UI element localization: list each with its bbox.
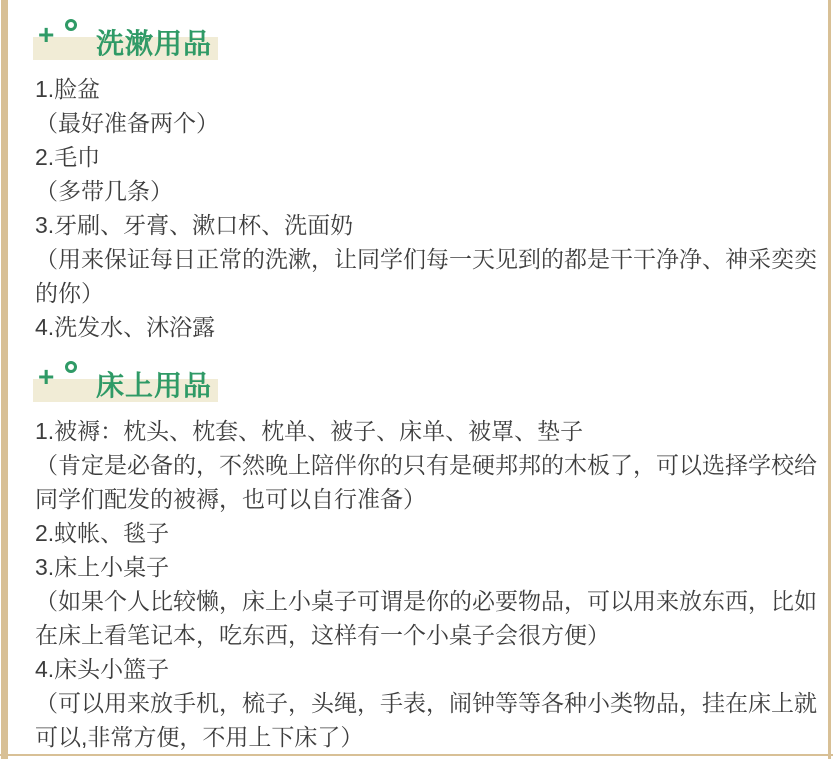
list-item: 4.床头小篮子 xyxy=(35,652,824,686)
list-item: （如果个人比较懒，床上小桌子可谓是你的必要物品，可以用来放东西，比如在床上看笔记… xyxy=(35,584,824,652)
item-list: 1.脸盆（最好准备两个）2.毛巾（多带几条）3.牙刷、牙膏、漱口杯、洗面奶（用来… xyxy=(35,72,824,344)
plus-decoration-icon: + xyxy=(38,362,54,392)
item-list: 1.被褥：枕头、枕套、枕单、被子、床单、被罩、垫子（肯定是必备的，不然晚上陪伴你… xyxy=(35,414,824,754)
section-title: 洗漱用品 xyxy=(96,22,212,62)
list-item: 1.脸盆 xyxy=(35,72,824,106)
list-item: （多带几条） xyxy=(35,174,824,208)
list-item: 4.洗发水、沐浴露 xyxy=(35,310,824,344)
section-header: + 洗漱用品 xyxy=(33,16,833,62)
list-item: （肯定是必备的，不然晚上陪伴你的只有是硬邦邦的木板了，可以选择学校给同学们配发的… xyxy=(35,448,824,516)
list-item: 2.蚊帐、毯子 xyxy=(35,516,824,550)
list-item: （可以用来放手机，梳子，头绳，手表，闹钟等等各种小类物品，挂在床上就可以,非常方… xyxy=(35,686,824,754)
section-header: + 床上用品 xyxy=(33,358,833,404)
list-item: 3.床上小桌子 xyxy=(35,550,824,584)
list-item: 1.被褥：枕头、枕套、枕单、被子、床单、被罩、垫子 xyxy=(35,414,824,448)
content-area: + 洗漱用品 1.脸盆（最好准备两个）2.毛巾（多带几条）3.牙刷、牙膏、漱口杯… xyxy=(0,0,833,754)
list-item: （最好准备两个） xyxy=(35,106,824,140)
list-item: （用来保证每日正常的洗漱，让同学们每一天见到的都是干干净净、神采奕奕的你） xyxy=(35,242,824,310)
degree-circle-icon xyxy=(65,19,77,31)
plus-decoration-icon: + xyxy=(38,20,54,50)
checklist-section: + 洗漱用品 1.脸盆（最好准备两个）2.毛巾（多带几条）3.牙刷、牙膏、漱口杯… xyxy=(0,16,833,344)
degree-circle-icon xyxy=(65,361,77,373)
checklist-page: + 洗漱用品 1.脸盆（最好准备两个）2.毛巾（多带几条）3.牙刷、牙膏、漱口杯… xyxy=(0,0,833,759)
checklist-section: + 床上用品 1.被褥：枕头、枕套、枕单、被子、床单、被罩、垫子（肯定是必备的，… xyxy=(0,358,833,754)
section-title: 床上用品 xyxy=(96,364,212,404)
list-item: 2.毛巾 xyxy=(35,140,824,174)
bottom-border-line xyxy=(0,754,833,756)
list-item: 3.牙刷、牙膏、漱口杯、洗面奶 xyxy=(35,208,824,242)
